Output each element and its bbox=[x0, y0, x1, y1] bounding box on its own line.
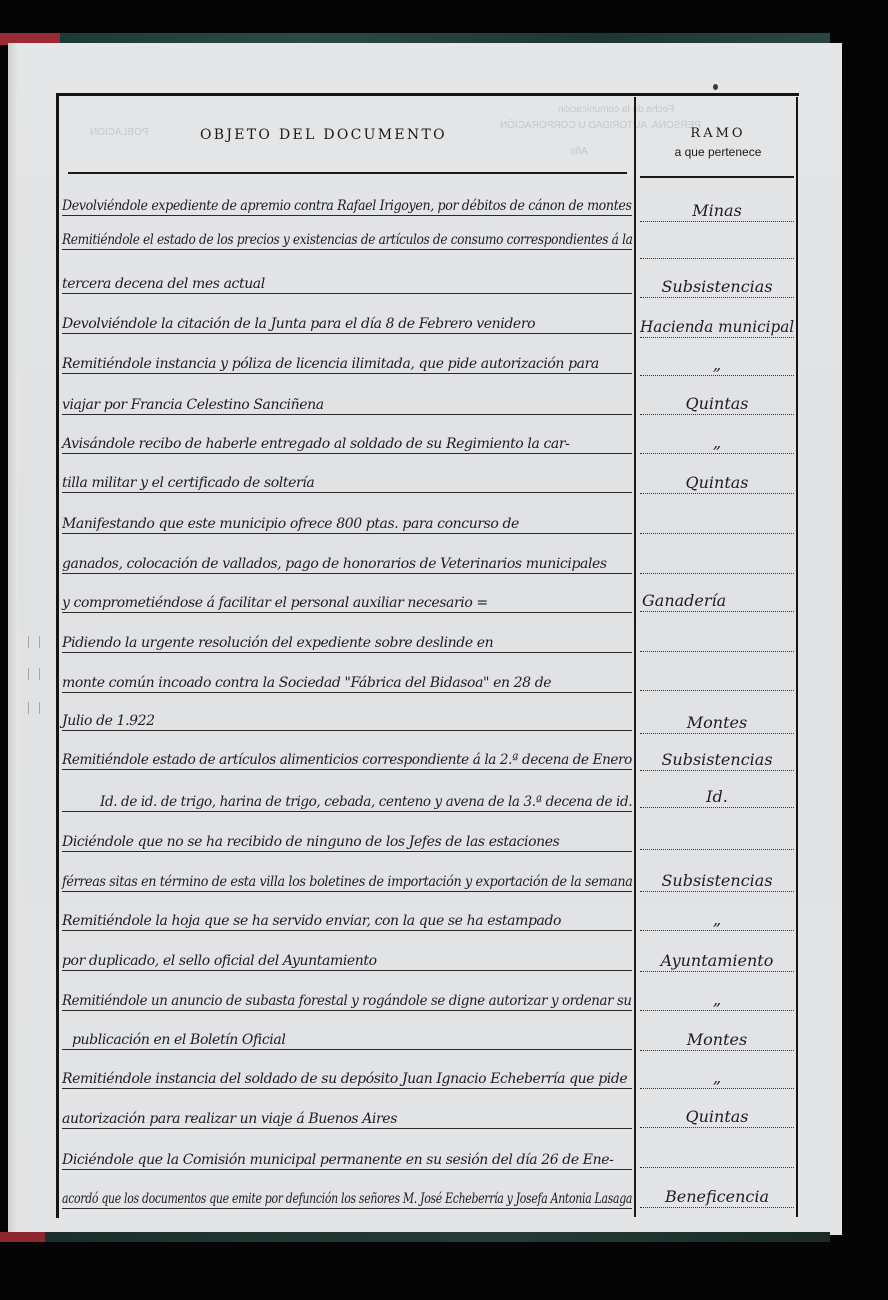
ramo-text: Quintas bbox=[640, 394, 794, 413]
ghost-header: Fecha de la comunicación bbox=[558, 104, 674, 115]
ramo-text: „ bbox=[640, 1068, 794, 1087]
table-frame-right bbox=[796, 97, 798, 1217]
entry-text: acordó que los documentos que emite por … bbox=[62, 1191, 632, 1207]
entry-row: Avisándole recibo de haberle entregado a… bbox=[62, 426, 632, 456]
ramo-entry: „ bbox=[640, 903, 794, 933]
entry-text: Manifestando que este municipio ofrece 8… bbox=[62, 516, 519, 532]
entry-text: Id. de id. de trigo, harina de trigo, ce… bbox=[100, 794, 632, 810]
entry-text: Remitiéndole un anuncio de subasta fores… bbox=[62, 993, 632, 1009]
ramo-text: Hacienda municipal bbox=[640, 317, 786, 336]
entry-row: Remitiéndole estado de artículos aliment… bbox=[62, 742, 632, 772]
entry-text: Avisándole recibo de haberle entregado a… bbox=[62, 436, 569, 452]
entry-row: publicación en el Boletín Oficial bbox=[62, 1022, 632, 1052]
entry-row: Remitiéndole un anuncio de subasta fores… bbox=[62, 983, 632, 1013]
entry-row: tilla militar y el certificado de solter… bbox=[62, 465, 632, 495]
entry-text: Remitiéndole el estado de los precios y … bbox=[62, 232, 633, 248]
entry-text: Remitiéndole la hoja que se ha servido e… bbox=[62, 913, 561, 929]
entry-text: tercera decena del mes actual bbox=[62, 276, 265, 292]
ramo-text: „ bbox=[640, 910, 794, 929]
ramo-text: Quintas bbox=[640, 473, 794, 492]
entry-row: Pidiendo la urgente resolución del exped… bbox=[62, 625, 632, 655]
ramo-entry bbox=[640, 822, 794, 852]
ramo-entry: Subsistencias bbox=[640, 743, 794, 773]
ramo-text: „ bbox=[640, 433, 794, 452]
ramo-entry: Ayuntamiento bbox=[640, 944, 794, 974]
ramo-text: „ bbox=[640, 355, 794, 374]
ghost-header: Año bbox=[570, 146, 588, 157]
entry-text: viajar por Francia Celestino Sanciñena bbox=[62, 397, 324, 413]
ramo-entry: Montes bbox=[640, 1023, 794, 1053]
ramo-entry: Ganadería bbox=[640, 584, 794, 614]
ramo-entry: Subsistencias bbox=[640, 864, 794, 894]
entry-row: Manifestando que este municipio ofrece 8… bbox=[62, 506, 632, 536]
ramo-entry: Id. bbox=[640, 780, 794, 810]
entry-text: por duplicado, el sello oficial del Ayun… bbox=[62, 953, 377, 969]
ramo-entry: „ bbox=[640, 1061, 794, 1091]
page-gutter bbox=[8, 43, 18, 1235]
ramo-text: Minas bbox=[640, 201, 794, 220]
entry-row: viajar por Francia Celestino Sanciñena bbox=[62, 387, 632, 417]
ramo-entry: „ bbox=[640, 348, 794, 378]
table-frame-left bbox=[56, 93, 59, 1218]
column-header-ramo: RAMO bbox=[640, 126, 796, 141]
entry-row: y comprometiéndose á facilitar el person… bbox=[62, 585, 632, 615]
ink-blot bbox=[713, 84, 718, 90]
entry-text: Devolviéndole la citación de la Junta pa… bbox=[62, 316, 535, 332]
entry-text: Remitiéndole estado de artículos aliment… bbox=[62, 752, 632, 768]
book-binding-bottom bbox=[0, 1232, 830, 1242]
entry-row: ganados, colocación de vallados, pago de… bbox=[62, 546, 632, 576]
ramo-entry: Quintas bbox=[640, 387, 794, 417]
ramo-entry: Subsistencias bbox=[640, 270, 794, 300]
margin-mark bbox=[28, 636, 40, 648]
entry-row: Remitiéndole el estado de los precios y … bbox=[62, 222, 632, 252]
ramo-text: Montes bbox=[640, 713, 794, 732]
header-rule bbox=[640, 176, 794, 178]
entry-text: Remitiéndole instancia y póliza de licen… bbox=[62, 356, 599, 372]
entry-row: tercera decena del mes actual bbox=[62, 266, 632, 296]
ramo-entry: Hacienda municipal bbox=[640, 310, 794, 340]
entry-row: Diciéndole que la Comisión municipal per… bbox=[62, 1142, 632, 1172]
ramo-entry: Beneficencia bbox=[640, 1180, 794, 1210]
entry-text: tilla militar y el certificado de solter… bbox=[62, 475, 314, 491]
ramo-text: Subsistencias bbox=[640, 277, 794, 296]
entry-row: Devolviéndole la citación de la Junta pa… bbox=[62, 306, 632, 336]
ramo-text: Ayuntamiento bbox=[640, 951, 794, 970]
entry-text: monte común incoado contra la Sociedad "… bbox=[62, 675, 551, 691]
entry-text: Diciéndole que la Comisión municipal per… bbox=[62, 1152, 613, 1168]
ramo-text: Subsistencias bbox=[640, 750, 794, 769]
column-header-ramo-sub: a que pertenece bbox=[640, 145, 796, 159]
ramo-entry: „ bbox=[640, 983, 794, 1013]
entry-text: autorización para realizar un viaje á Bu… bbox=[62, 1111, 397, 1127]
margin-mark bbox=[28, 702, 40, 714]
entry-text: publicación en el Boletín Oficial bbox=[72, 1032, 285, 1048]
ramo-entry: „ bbox=[640, 426, 794, 456]
ramo-text: Subsistencias bbox=[640, 871, 794, 890]
entry-row: acordó que los documentos que emite por … bbox=[62, 1181, 632, 1211]
entry-text: Diciéndole que no se ha recibido de ning… bbox=[62, 834, 559, 850]
ramo-entry bbox=[640, 231, 794, 261]
ramo-entry: Minas bbox=[640, 194, 794, 224]
ramo-text: Montes bbox=[640, 1030, 794, 1049]
entry-text: Julio de 1.922 bbox=[62, 713, 155, 729]
entry-text: férreas sitas en término de esta villa l… bbox=[62, 874, 632, 890]
header-rule bbox=[68, 172, 627, 174]
ramo-text: Quintas bbox=[640, 1107, 794, 1126]
ramo-entry bbox=[640, 506, 794, 536]
entry-row: Remitiéndole instancia y póliza de licen… bbox=[62, 346, 632, 376]
entry-row: por duplicado, el sello oficial del Ayun… bbox=[62, 943, 632, 973]
ramo-text: Ganadería bbox=[642, 591, 794, 610]
entry-row: Remitiéndole instancia del soldado de su… bbox=[62, 1061, 632, 1091]
ghost-header: POBLACIÓN bbox=[90, 127, 148, 138]
ramo-entry bbox=[640, 1140, 794, 1170]
entry-row: monte común incoado contra la Sociedad "… bbox=[62, 665, 632, 695]
ramo-entry: Quintas bbox=[640, 1100, 794, 1130]
ramo-entry: Quintas bbox=[640, 466, 794, 496]
ramo-entry: Montes bbox=[640, 706, 794, 736]
entry-row: férreas sitas en término de esta villa l… bbox=[62, 864, 632, 894]
ramo-entry bbox=[640, 546, 794, 576]
entry-row: Julio de 1.922 bbox=[62, 703, 632, 733]
ramo-entry bbox=[640, 624, 794, 654]
entry-text: Devolviéndole expediente de apremio cont… bbox=[62, 198, 632, 214]
entry-row: Devolviéndole expediente de apremio cont… bbox=[62, 188, 632, 218]
entry-text: ganados, colocación de vallados, pago de… bbox=[62, 556, 607, 572]
entry-text: Pidiendo la urgente resolución del exped… bbox=[62, 635, 493, 651]
entry-text: Remitiéndole instancia del soldado de su… bbox=[62, 1071, 627, 1087]
column-header-objeto: OBJETO DEL DOCUMENTO bbox=[200, 127, 500, 143]
ramo-text: „ bbox=[640, 990, 794, 1009]
ramo-text: Id. bbox=[640, 787, 794, 806]
ramo-entry bbox=[640, 663, 794, 693]
entry-row: Remitiéndole la hoja que se ha servido e… bbox=[62, 903, 632, 933]
entry-row: Diciéndole que no se ha recibido de ning… bbox=[62, 824, 632, 854]
entry-row: Id. de id. de trigo, harina de trigo, ce… bbox=[62, 784, 632, 814]
column-divider bbox=[634, 97, 636, 1217]
ramo-text: Beneficencia bbox=[640, 1187, 794, 1206]
entry-text: y comprometiéndose á facilitar el person… bbox=[62, 595, 488, 611]
margin-mark bbox=[28, 668, 40, 680]
table-frame-top bbox=[57, 93, 799, 96]
entry-row: autorización para realizar un viaje á Bu… bbox=[62, 1101, 632, 1131]
